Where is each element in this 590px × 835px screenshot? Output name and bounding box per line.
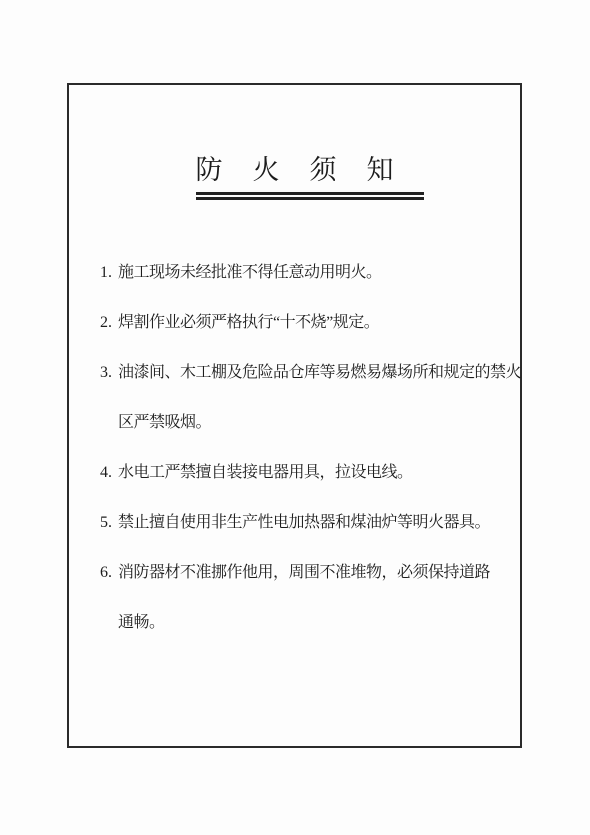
item-number: 2. [100,313,118,333]
notice-item-2: 2.焊割作业必须严格执行“十不烧”规定。 [100,313,508,363]
title-row: 防火须知 [69,153,520,200]
notice-item-6-line-2: 通畅。 [100,613,508,663]
notice-item-3-line-2: 区严禁吸烟。 [100,413,508,463]
document-page: 防火须知 1.施工现场未经批准不得任意动用明火。 2.焊割作业必须严格执行“十不… [0,0,590,835]
notice-frame: 防火须知 1.施工现场未经批准不得任意动用明火。 2.焊割作业必须严格执行“十不… [67,83,522,748]
item-number: 4. [100,463,118,483]
notice-item-3-line-1: 3.油漆间、木工棚及危险品仓库等易燃易爆场所和规定的禁火 [100,363,508,413]
notice-item-4: 4.水电工严禁擅自装接电器用具，拉设电线。 [100,463,508,513]
notice-body: 1.施工现场未经批准不得任意动用明火。 2.焊割作业必须严格执行“十不烧”规定。… [100,263,508,663]
item-text: 焊割作业必须严格执行“十不烧”规定。 [118,314,379,331]
item-text: 水电工严禁擅自装接电器用具，拉设电线。 [118,464,413,481]
item-number: 6. [100,563,118,583]
item-text: 禁止擅自使用非生产性电加热器和煤油炉等明火器具。 [118,514,490,531]
item-text: 通畅。 [118,614,165,631]
item-number: 5. [100,513,118,533]
notice-item-1: 1.施工现场未经批准不得任意动用明火。 [100,263,508,313]
item-number: 3. [100,363,118,383]
item-text: 施工现场未经批准不得任意动用明火。 [118,264,382,281]
item-number: 1. [100,263,118,283]
page-title: 防火须知 [196,153,424,200]
item-text: 区严禁吸烟。 [118,414,211,431]
notice-item-6-line-1: 6.消防器材不准挪作他用，周围不准堆物，必须保持道路 [100,563,508,613]
notice-item-5: 5.禁止擅自使用非生产性电加热器和煤油炉等明火器具。 [100,513,508,563]
item-text: 消防器材不准挪作他用，周围不准堆物，必须保持道路 [118,564,490,581]
item-text: 油漆间、木工棚及危险品仓库等易燃易爆场所和规定的禁火 [118,364,521,381]
